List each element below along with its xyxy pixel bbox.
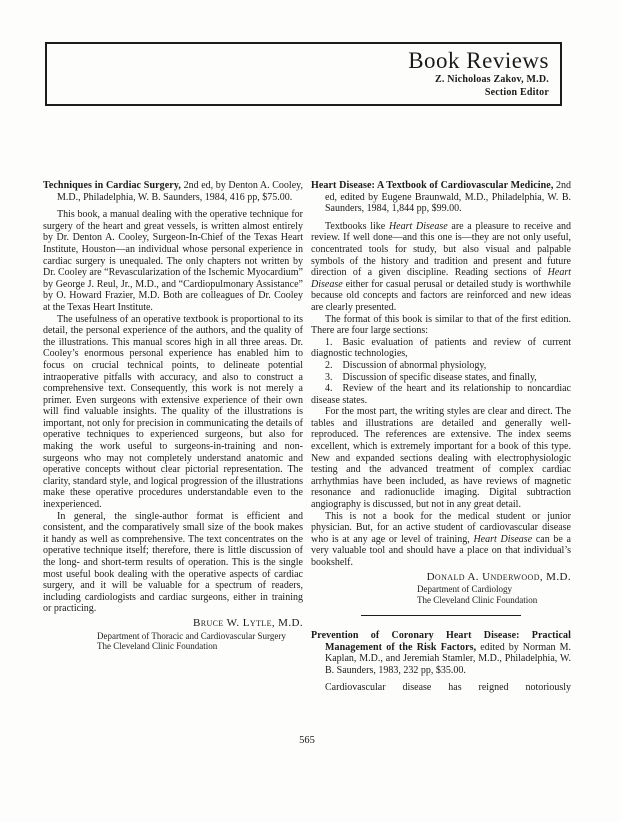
section-editor-role: Section Editor xyxy=(58,87,549,100)
affiliation-line: The Cleveland Clinic Foundation xyxy=(417,595,571,605)
list-item: 3. Discussion of specific disease states… xyxy=(311,372,571,384)
paragraph: In general, the single-author format is … xyxy=(43,511,303,615)
review-prevention-coronary-heart-disease: Prevention of Coronary Heart Disease: Pr… xyxy=(311,630,571,694)
affiliation-line: The Cleveland Clinic Foundation xyxy=(97,641,303,651)
reviewer-signature: Bruce W. Lytle, M.D. xyxy=(43,618,303,630)
two-column-text-block: Techniques in Cardiac Surgery, 2nd ed, b… xyxy=(43,180,571,694)
page-title: Book Reviews xyxy=(58,47,549,74)
section-editor-name: Z. Nicholoas Zakov, M.D. xyxy=(58,74,549,87)
reviewer-affiliation: Department of Thoracic and Cardiovascula… xyxy=(97,631,303,652)
page-number: 565 xyxy=(43,735,571,746)
paragraph: This is not a book for the medical stude… xyxy=(311,511,571,569)
left-column: Techniques in Cardiac Surgery, 2nd ed, b… xyxy=(43,180,303,694)
reviewer-affiliation: Department of Cardiology The Cleveland C… xyxy=(417,584,571,605)
list-item: 4. Review of the heart and its relations… xyxy=(311,383,571,406)
review-heart-disease-textbook: Heart Disease: A Textbook of Cardiovascu… xyxy=(311,180,571,605)
journal-page: Book Reviews Z. Nicholoas Zakov, M.D. Se… xyxy=(0,0,620,822)
list-item: 2. Discussion of abnormal physiology, xyxy=(311,360,571,372)
right-column: Heart Disease: A Textbook of Cardiovascu… xyxy=(311,180,571,694)
paragraph: For the most part, the writing styles ar… xyxy=(311,406,571,510)
affiliation-line: Department of Cardiology xyxy=(417,584,571,594)
paragraph: This book, a manual dealing with the ope… xyxy=(43,209,303,313)
reviewer-signature: Donald A. Underwood, M.D. xyxy=(311,572,571,584)
paragraph: Cardiovascular disease has reigned notor… xyxy=(311,682,571,694)
book-reviews-header: Book Reviews Z. Nicholoas Zakov, M.D. Se… xyxy=(45,42,562,106)
affiliation-line: Department of Thoracic and Cardiovascula… xyxy=(97,631,303,641)
list-item: 1. Basic evaluation of patients and revi… xyxy=(311,337,571,360)
section-divider xyxy=(361,615,521,616)
book-citation: Prevention of Coronary Heart Disease: Pr… xyxy=(311,630,571,676)
review-techniques-in-cardiac-surgery: Techniques in Cardiac Surgery, 2nd ed, b… xyxy=(43,180,303,651)
paragraph: The usefulness of an operative textbook … xyxy=(43,314,303,511)
paragraph: Textbooks like Heart Disease are a pleas… xyxy=(311,221,571,314)
book-citation: Techniques in Cardiac Surgery, 2nd ed, b… xyxy=(43,180,303,203)
paragraph: The format of this book is similar to th… xyxy=(311,314,571,337)
book-citation: Heart Disease: A Textbook of Cardiovascu… xyxy=(311,180,571,215)
